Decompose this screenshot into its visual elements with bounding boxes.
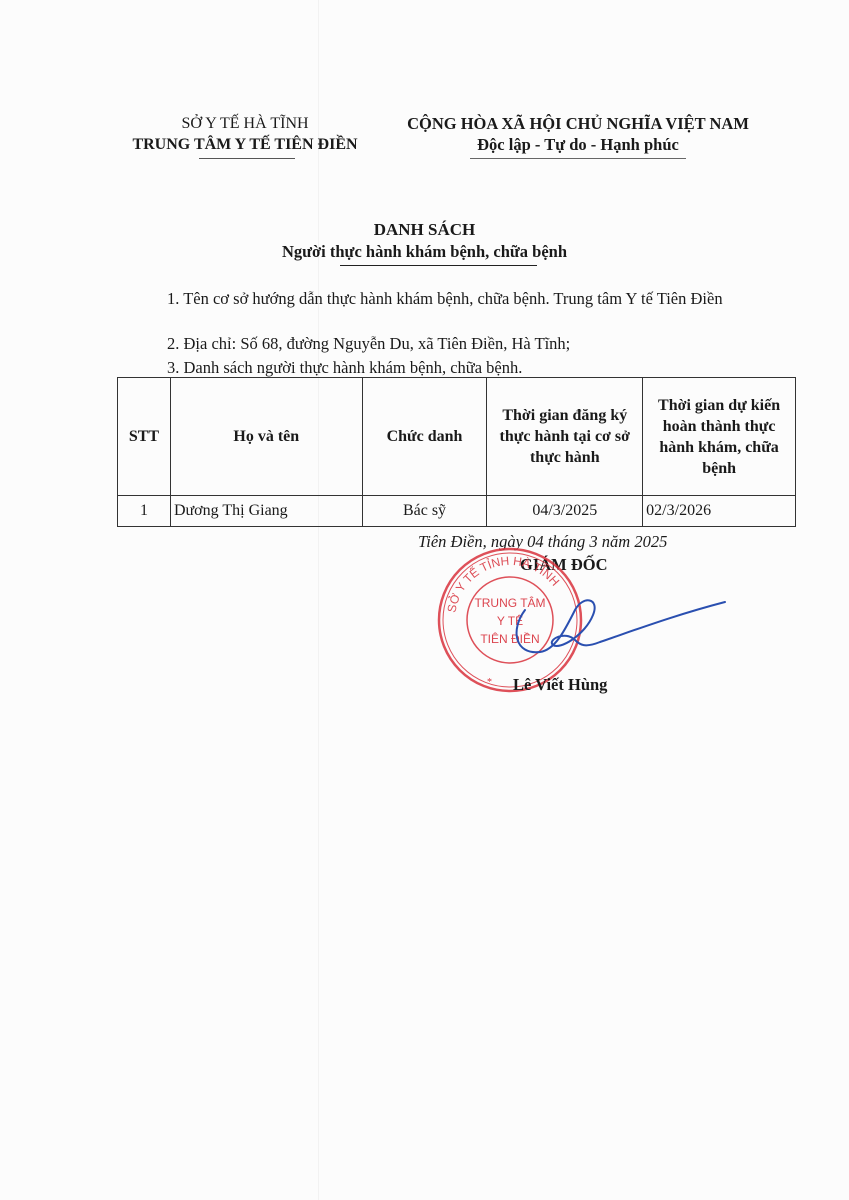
header-right-underline bbox=[470, 158, 686, 159]
signature-icon bbox=[505, 590, 730, 670]
scan-fold-line bbox=[318, 0, 319, 1200]
header-center: TRUNG TÂM Y TẾ TIÊN ĐIỀN bbox=[110, 134, 380, 155]
cell-start-date: 04/3/2025 bbox=[487, 496, 643, 527]
cell-name: Dương Thị Giang bbox=[170, 496, 362, 527]
practitioner-table: STT Họ và tên Chức danh Thời gian đăng k… bbox=[117, 377, 796, 527]
paragraph-address: 2. Địa chỉ: Số 68, đường Nguyễn Du, xã T… bbox=[167, 333, 570, 355]
paragraph-facility: 1. Tên cơ sở hướng dẫn thực hành khám bệ… bbox=[117, 288, 793, 310]
header-country: CỘNG HÒA XÃ HỘI CHỦ NGHĨA VIỆT NAM bbox=[378, 113, 778, 134]
header-ministry: SỞ Y TẾ HÀ TĨNH bbox=[110, 113, 380, 134]
document-title: DANH SÁCH bbox=[0, 218, 849, 242]
col-title: Chức danh bbox=[362, 378, 487, 496]
header-left-underline bbox=[199, 158, 295, 159]
header-national: CỘNG HÒA XÃ HỘI CHỦ NGHĨA VIỆT NAM Độc l… bbox=[378, 113, 778, 155]
paragraph-list: 3. Danh sách người thực hành khám bệnh, … bbox=[167, 357, 522, 379]
table-header-row: STT Họ và tên Chức danh Thời gian đăng k… bbox=[118, 378, 796, 496]
document-subtitle: Người thực hành khám bệnh, chữa bệnh bbox=[0, 241, 849, 263]
signer-name: Lê Viết Hùng bbox=[513, 675, 607, 695]
col-start-date: Thời gian đăng ký thực hành tại cơ sở th… bbox=[487, 378, 643, 496]
cell-title: Bác sỹ bbox=[362, 496, 487, 527]
col-stt: STT bbox=[118, 378, 171, 496]
col-end-date: Thời gian dự kiến hoàn thành thực hành k… bbox=[643, 378, 796, 496]
svg-text:*: * bbox=[487, 677, 492, 688]
col-name: Họ và tên bbox=[170, 378, 362, 496]
table-row: 1 Dương Thị Giang Bác sỹ 04/3/2025 02/3/… bbox=[118, 496, 796, 527]
header-agency: SỞ Y TẾ HÀ TĨNH TRUNG TÂM Y TẾ TIÊN ĐIỀN bbox=[110, 113, 380, 155]
subtitle-underline bbox=[340, 265, 537, 266]
header-motto: Độc lập - Tự do - Hạnh phúc bbox=[378, 134, 778, 155]
cell-end-date: 02/3/2026 bbox=[643, 496, 796, 527]
cell-stt: 1 bbox=[118, 496, 171, 527]
